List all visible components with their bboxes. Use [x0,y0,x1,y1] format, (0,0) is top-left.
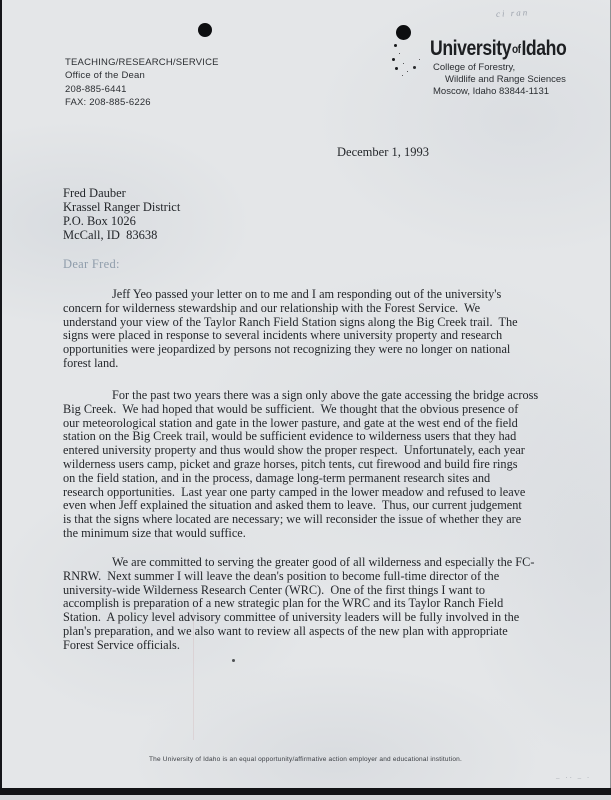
text-line: understand your view of the Taylor Ranch… [63,316,518,330]
text-line: Station. A policy level advisory committ… [63,611,534,625]
body-paragraph-2: For the past two years there was a sign … [63,389,538,541]
text-line: signs were placed in response to several… [63,329,518,343]
text-line: is that the signs where located are nece… [63,513,538,527]
text-line: Jeff Yeo passed your letter on to me and… [63,288,518,302]
university-of-idaho-logo: UniversityofIdaho [430,37,566,61]
logo-word-university: University [430,37,511,60]
text-line: Fred Dauber [63,186,180,200]
text-line: the minimum size that would suffice. [63,527,538,541]
text-line: accomplish is preparation of a new strat… [63,597,534,611]
pencil-annotation-top-right: ci ran [496,7,530,19]
recipient-address-block: Fred DauberKrassel Ranger DistrictP.O. B… [63,186,180,242]
logo-word-of: of [511,42,521,56]
letter-date: December 1, 1993 [337,145,429,160]
text-line: university-wide Wilderness Research Cent… [63,584,534,598]
ink-speckles [394,44,397,47]
text-line: on the field station, and in the process… [63,472,538,486]
text-line: station on the Big Creek trail, would be… [63,430,538,444]
text-line: concern for wilderness stewardship and o… [63,302,518,316]
paper-speck [232,659,235,662]
text-line: Krassel Ranger District [63,200,180,214]
text-line: Office of the Dean [65,69,219,82]
body-paragraph-3: We are committed to serving the greater … [63,556,534,653]
pencil-marks-bottom-right: – ·· – · [556,774,591,782]
scan-left-edge [0,0,2,796]
hole-punch-dot-right [396,25,411,40]
letterhead-college-address-block: College of Forestry,Wildlife and Range S… [433,62,566,99]
body-paragraph-1: Jeff Yeo passed your letter on to me and… [63,288,518,371]
text-line: McCall, ID 83638 [63,228,180,242]
text-line: research opportunities. Last year one pa… [63,486,538,500]
equal-opportunity-footer: The University of Idaho is an equal oppo… [0,756,611,763]
text-line: P.O. Box 1026 [63,214,180,228]
text-line: TEACHING/RESEARCH/SERVICE [65,56,219,69]
text-line: College of Forestry, [433,62,566,74]
text-line: entered university property and thus wou… [63,444,538,458]
text-line: For the past two years there was a sign … [63,389,538,403]
text-line: RNRW. Next summer I will leave the dean'… [63,570,534,584]
text-line: Wildlife and Range Sciences [433,74,566,86]
text-line: our meteorological station and gate in t… [63,417,538,431]
letterhead-department-block: TEACHING/RESEARCH/SERVICEOffice of the D… [65,56,219,110]
text-line: Big Creek. We had hoped that would be su… [63,403,538,417]
scanned-letter-page: ci ran – ·· – · TEACHING/RESEARCH/SERVIC… [0,0,611,800]
scan-bottom-edge-bar [0,788,611,795]
text-line: Forest Service officials. [63,639,534,653]
logo-word-idaho: Idaho [521,37,566,60]
text-line: forest land. [63,357,518,371]
text-line: Moscow, Idaho 83844-1131 [433,86,566,98]
hole-punch-dot-left [198,23,212,37]
scan-bottom-strip [0,795,611,800]
text-line: FAX: 208-885-6226 [65,96,219,109]
text-line: We are committed to serving the greater … [63,556,534,570]
text-line: plan's preparation, and we also want to … [63,625,534,639]
text-line: opportunities were jeopardized by person… [63,343,518,357]
text-line: even when Jeff explained the situation a… [63,499,538,513]
text-line: 208-885-6441 [65,83,219,96]
salutation: Dear Fred: [63,257,120,272]
text-line: wilderness users camp, picket and graze … [63,458,538,472]
